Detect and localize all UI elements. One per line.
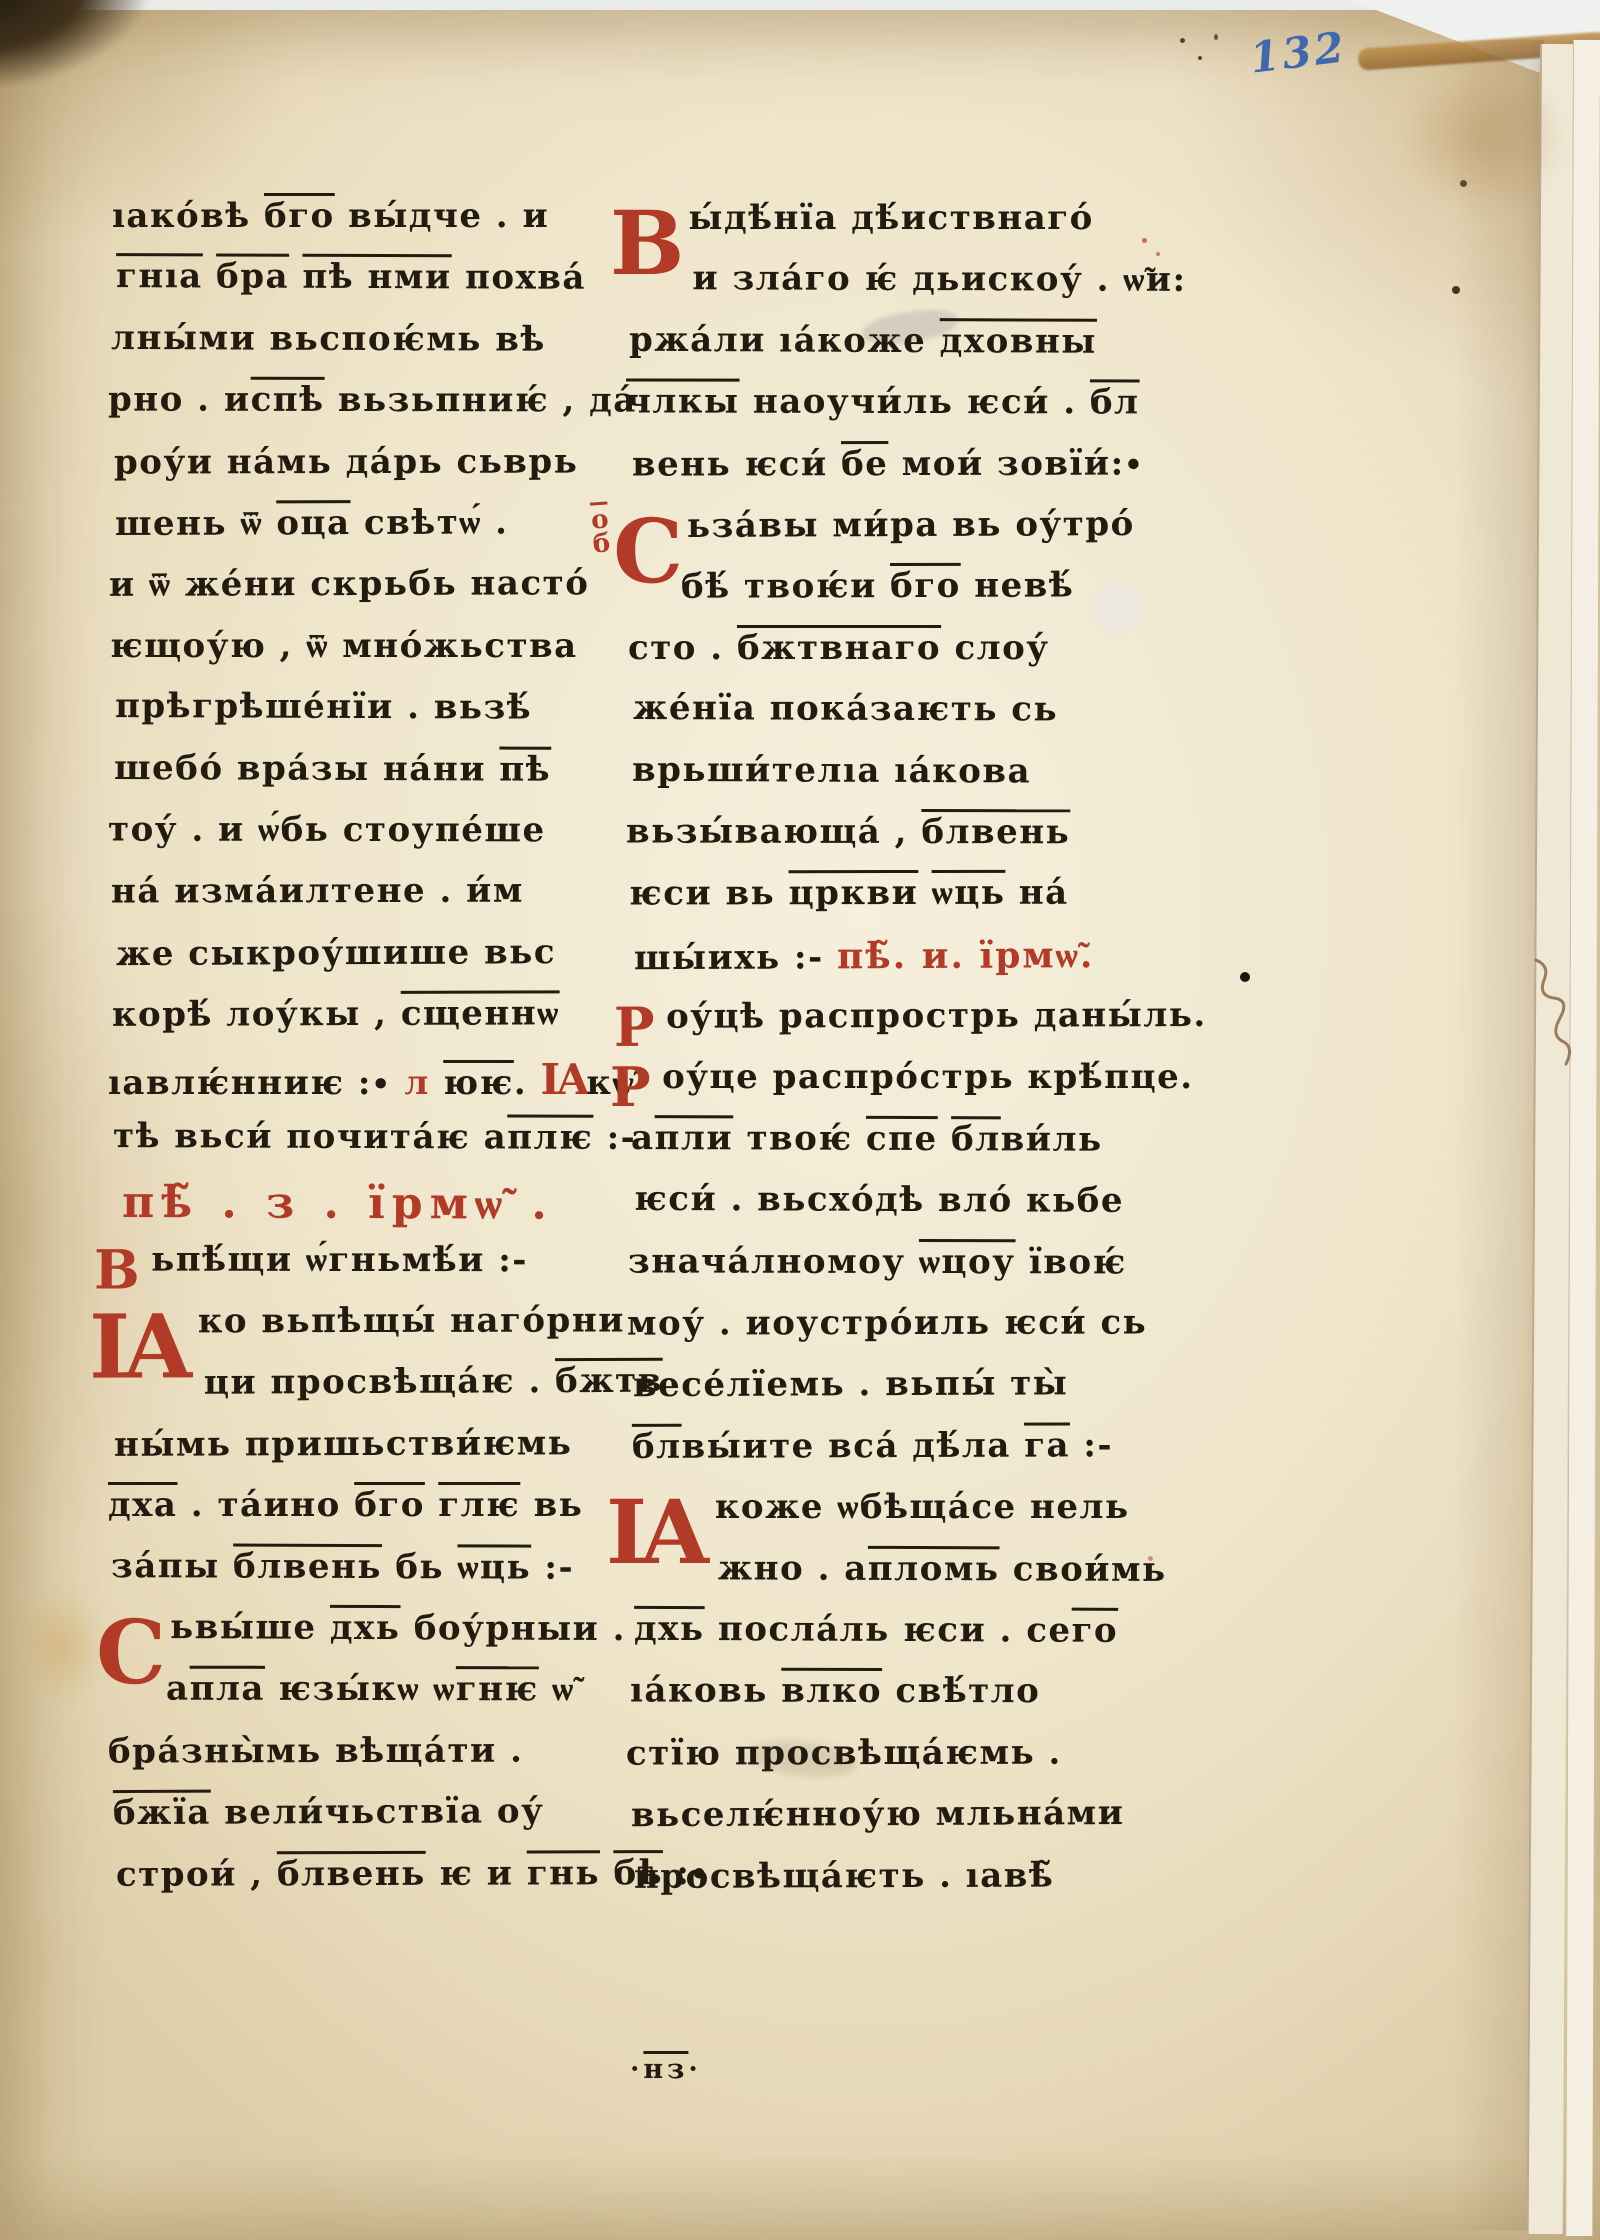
text-line: и зла́го ѥ́ дьискоу́ . ѡ̃и: <box>634 258 1194 321</box>
body-text: бжїа <box>113 1793 211 1833</box>
body-text <box>600 1853 613 1893</box>
text-line: Роу́цѣ распрострь даны́ль. <box>630 995 1190 1058</box>
text-line: рно . испѣ вьзьпниѥ́ , да́ <box>108 380 613 442</box>
text-line: бжїа вели́чьствїа оу́ <box>113 1791 618 1855</box>
body-text: оца <box>276 503 350 543</box>
body-text: ѡць <box>932 873 1006 913</box>
rubric-initial-letter: Р <box>610 1061 652 1117</box>
body-text: наоучи́ль ѥси́ . <box>739 382 1089 423</box>
body-text: блвень <box>921 812 1070 852</box>
body-text: бра́зны̀мь вѣща́ти . <box>108 1730 523 1771</box>
body-text: бе <box>841 444 888 484</box>
quire-mark: нз <box>643 2054 688 2085</box>
body-text: свѣтѡ́ . <box>351 502 509 543</box>
body-text: ѡцоу <box>919 1242 1016 1282</box>
body-text: бра <box>216 257 289 297</box>
text-line: ıавлѥ́нниѥ :∙ л юѥ. ІАкѡ̃ <box>108 1055 613 1116</box>
body-text: гнѥ <box>456 1670 539 1710</box>
body-text: вели́чьствїа оу́ <box>211 1791 545 1832</box>
body-text: сщеннѡ <box>401 993 560 1034</box>
quire-signature: ·нз· <box>630 2054 702 2085</box>
body-text: бго <box>890 566 961 606</box>
body-text: бь <box>382 1547 458 1587</box>
body-text: вьзьпниѥ́ , да́ <box>325 380 637 421</box>
body-text: пла <box>190 1669 265 1709</box>
body-text: роу́и на́мь да́рь сьврь <box>114 441 578 482</box>
body-text: свѣ́тло <box>882 1671 1040 1711</box>
body-text <box>938 1119 951 1159</box>
body-text: ıако́вѣ <box>112 196 264 236</box>
text-line: шы́ихь :- пѣ̃. и. їрмѡ̃. <box>634 933 1194 997</box>
body-text: вь <box>520 1485 583 1525</box>
body-text: моу́ . иоустро́иль ѥси́ сь <box>627 1303 1147 1344</box>
body-text: и зла́го ѥ́ дьискоу́ . ѡ̃и: <box>692 259 1186 301</box>
left-text-column: ıако́вѣ бго вы́дче . игнıа бра пѣ нми по… <box>112 196 617 1915</box>
text-line: ци просвѣща́ѥ . бжтв <box>115 1361 620 1425</box>
rubric-heading-line: пѣ̃ . з . їрмѡ̃ . <box>116 1177 621 1241</box>
text-line: Вы́дѣ́нїа дѣ́иствнаго́ <box>630 198 1190 259</box>
text-line: просвѣща́ѥть . ıавѣ̃ <box>634 1855 1194 1918</box>
text-line: тѣ вьси́ почита́ѥ аплѥ :- <box>113 1116 618 1179</box>
text-line: члкы наоучи́ль ѥси́ . бл <box>626 382 1186 444</box>
rubric-text: пѣ̃. и. їрмѡ̃. <box>837 934 1095 977</box>
rubric-initial-letter: В <box>94 1243 141 1299</box>
text-line: ІАкоже ѡбѣща́се нель <box>626 1487 1186 1548</box>
body-text: ви́ль <box>1001 1119 1103 1159</box>
body-text: ны́мь пришьстви́ѥмь <box>114 1423 573 1465</box>
body-text: бл <box>951 1119 1001 1159</box>
body-text: влко <box>781 1671 882 1711</box>
body-text: коже ѡбѣща́се нель <box>715 1487 1130 1527</box>
body-text: рно . и <box>108 380 251 420</box>
body-text: врьши́телıа ıа́кова <box>632 749 1031 791</box>
text-line: лны́ми вьспоѥ́мь вѣ <box>111 318 616 382</box>
text-line: апли твоѥ́ спе блви́ль <box>631 1118 1191 1181</box>
text-line: ны́мь пришьстви́ѥмь <box>114 1423 619 1486</box>
body-text: лны́ми вьспоѥ́мь вѣ <box>111 318 546 360</box>
body-text: сто . <box>628 628 737 668</box>
text-line: апла ѥзы́кѡ ѡгнѥ ѡ̃ <box>112 1669 617 1731</box>
body-text: гнь <box>527 1853 600 1893</box>
text-line: ѥси вь цркви ѡць на́ <box>629 873 1189 935</box>
text-line: Вьпѣ́щи ѡ́гньмѣ́и :- <box>110 1239 615 1301</box>
body-text: ѥси вь <box>629 874 789 914</box>
body-text: :- <box>1070 1425 1113 1465</box>
text-line: ржа́ли ıа́коже дховны <box>629 320 1189 384</box>
text-line: тоу́ . и ѡ́бь стоупе́ше <box>108 809 613 871</box>
speck <box>1460 180 1467 187</box>
body-text: же сыкроу́шише вьс <box>116 932 556 974</box>
body-text: невѣ́ <box>961 566 1075 606</box>
text-line: ІАко вьпѣщы́ наго́рни <box>109 1301 614 1363</box>
rubric-text: ІА <box>541 1056 587 1105</box>
body-text: же́нїа пока́заѥть сь <box>633 688 1058 729</box>
body-text: вьселѥ́нноу́ю мльна́ми <box>631 1793 1125 1835</box>
text-line: же сыкроу́шише вьс <box>116 932 621 996</box>
text-line: знача́лномоу ѡцоу ївоѥ́ <box>628 1241 1188 1303</box>
text-line: шебо́ вра́зы на́ни пѣ <box>114 747 619 811</box>
body-text: бл <box>632 1427 682 1467</box>
body-text <box>918 873 931 913</box>
body-text: и ѿ же́ни скрьбь насто́ <box>109 564 590 606</box>
body-text: вень ѥси́ <box>632 444 841 484</box>
body-text: оу́це распро́стрь крѣ́пце. <box>662 1057 1194 1097</box>
body-text: пли <box>655 1118 734 1158</box>
text-line: дха . та́ино бго глѥ вь <box>108 1485 613 1546</box>
body-text: дхь <box>634 1609 705 1649</box>
text-line: бѣ́ твоѥ́и бго невѣ́ <box>627 565 1187 628</box>
text-line: Сьза́вы ми́ра вь оу́тро́ <box>633 504 1193 568</box>
body-text: мои́ зовїи́:∙ <box>888 443 1143 483</box>
body-text: спе <box>866 1119 938 1159</box>
text-line: же́нїа пока́заѥть сь <box>633 688 1193 751</box>
body-text: оу́цѣ распрострь даны́ль. <box>666 995 1207 1037</box>
body-text: ѡць <box>457 1547 531 1587</box>
body-text: пѣ <box>499 749 551 789</box>
body-text: плѥ <box>507 1117 593 1157</box>
body-text: строи́ , <box>116 1854 277 1895</box>
text-line: ıако́вѣ бго вы́дче . и <box>112 196 617 257</box>
body-text: глѥ <box>438 1485 520 1525</box>
body-text: посла́ль ѥси . се <box>704 1609 1071 1651</box>
speck <box>1180 38 1185 43</box>
body-text: . <box>514 1063 541 1103</box>
text-line: дхь посла́ль ѥси . сего <box>634 1609 1194 1673</box>
body-text: ѥ и <box>426 1853 527 1893</box>
text-line: вьзы́вающа́ , блвень <box>626 811 1186 873</box>
text-line: шень ѿ оца свѣтѡ́ . <box>115 502 620 566</box>
text-line: врьши́телıа ıа́кова <box>632 749 1192 813</box>
rubric-initial-letter: Р <box>614 1001 656 1057</box>
body-text: на́ изма́илтене . и́м <box>111 871 524 912</box>
body-text: жно . а <box>718 1548 868 1589</box>
text-line: и ѿ же́ни скрьбь насто́ <box>109 564 614 627</box>
text-line: Роу́це распро́стрь крѣ́пце. <box>626 1057 1186 1118</box>
body-text: бѣ́ твоѥ́и <box>681 566 890 607</box>
body-text: корѣ́ лоу́кы , <box>112 994 401 1035</box>
body-text: га <box>1024 1425 1070 1465</box>
text-line: бра́зны̀мь вѣща́ти . <box>108 1730 613 1792</box>
body-text: бго <box>354 1485 425 1525</box>
text-line: сто . бжтвнаго слоу́ <box>628 628 1188 689</box>
body-text <box>289 257 302 297</box>
body-text: :- <box>531 1547 574 1587</box>
body-text: вы́дче . и <box>335 196 549 236</box>
body-text: ıа́ковь <box>630 1671 781 1711</box>
marginal-scribble <box>1506 952 1576 1072</box>
body-text: . та́ино <box>177 1485 354 1525</box>
body-text: шы́ихь :- <box>634 937 837 978</box>
right-text-column: Вы́дѣ́нїа дѣ́иствнаго́и зла́го ѥ́ дьиско… <box>630 198 1190 1917</box>
body-text: тѣ вьси́ почита́ѥ а <box>113 1116 507 1157</box>
body-text: го <box>1071 1611 1118 1651</box>
body-text: весе́лїемь . вьпы́ ты̀ <box>633 1364 1069 1406</box>
body-text: цркви <box>789 873 919 913</box>
body-text: стїю просвѣща́ѥмь . <box>626 1732 1062 1773</box>
body-text: ци просвѣща́ѥ . <box>204 1362 555 1404</box>
quire-dot: · <box>688 2054 701 2085</box>
body-text: ıавлѥ́нниѥ :∙ <box>108 1063 404 1103</box>
ink-blot <box>1240 972 1250 982</box>
quire-dot: · <box>630 2054 643 2085</box>
body-text: блвень <box>277 1853 426 1893</box>
text-line: роу́и на́мь да́рь сьврь <box>114 441 619 503</box>
body-text: ѥси́ . вьсхо́дѣ вло́ кьбе <box>634 1179 1124 1221</box>
body-text: прѣгрѣше́нїи . вьзѣ́ <box>115 686 532 727</box>
body-text: бл <box>1090 383 1140 423</box>
body-text: члкы <box>626 382 740 422</box>
body-text: бжтвнаго <box>737 628 941 668</box>
body-text: бго <box>264 196 335 236</box>
body-text: дха <box>108 1485 177 1525</box>
text-line: блвы́ите вса́ дѣ́ла га :- <box>632 1425 1192 1488</box>
text-line: моу́ . иоустро́иль ѥси́ сь <box>627 1302 1187 1365</box>
body-text: ьвы́ше <box>170 1607 330 1648</box>
body-text: блвень <box>233 1546 382 1587</box>
speck <box>1198 56 1202 60</box>
body-text: вы́ите вса́ дѣ́ла <box>682 1425 1025 1466</box>
text-line: за́пы блвень бь ѡць :- <box>111 1546 616 1609</box>
body-text: ївоѥ́ <box>1015 1242 1126 1282</box>
text-line: прѣгрѣше́нїи . вьзѣ́ <box>115 686 620 749</box>
speck <box>1214 34 1218 40</box>
body-text: ко вьпѣщы́ наго́рни <box>198 1300 625 1341</box>
body-text: ржа́ли ıа́коже <box>629 320 940 361</box>
body-text: пломь <box>868 1548 1000 1588</box>
rubric-text: л <box>404 1063 443 1103</box>
body-text: дхь <box>330 1608 401 1648</box>
text-line: вьселѥ́нноу́ю мльна́ми <box>631 1793 1191 1857</box>
body-text: на́ <box>1005 873 1068 913</box>
body-text: спѣ <box>251 380 325 420</box>
body-text: ьпѣ́щи ѡ́гньмѣ́и :- <box>151 1239 528 1280</box>
body-text: свои́мь <box>999 1549 1166 1590</box>
body-text: ѡ̃ <box>539 1670 575 1710</box>
body-text: дховны <box>940 321 1097 362</box>
text-line: вень ѥси́ бе мои́ зовїи́:∙ <box>632 443 1192 505</box>
body-text: ы́дѣ́нїа дѣ́иствнаго́ <box>688 198 1093 238</box>
body-text: ьза́вы ми́ра вь оу́тро́ <box>687 504 1135 546</box>
text-line: строи́ , блвень ѥ и гнь бѣ :∙ <box>116 1853 621 1916</box>
text-line: гнıа бра пѣ нми похва́ <box>116 257 621 320</box>
text-line: на́ изма́илтене . и́м <box>111 871 616 933</box>
body-text: вьзы́вающа́ , <box>626 811 921 852</box>
body-text: за́пы <box>111 1546 233 1586</box>
text-line: ѥщоу́ю , ѿ мно́жьства <box>110 626 615 687</box>
body-text: похва́ <box>452 258 586 298</box>
text-line: стїю просвѣща́ѥмь . <box>626 1732 1186 1795</box>
text-line: ıа́ковь влко свѣ́тло <box>630 1671 1190 1733</box>
body-text: просвѣща́ѥть . ıавѣ̃ <box>634 1855 1054 1896</box>
text-line: весе́лїемь . вьпы́ ты̀ <box>633 1363 1193 1427</box>
body-text <box>425 1485 438 1525</box>
text-line: Сьвы́ше дхь боу́рныи . <box>116 1607 621 1671</box>
body-text: боу́рныи . <box>400 1608 626 1649</box>
text-line: жно . апломь свои́мь <box>629 1548 1189 1611</box>
body-text: юѥ <box>443 1063 514 1103</box>
text-line: ѥси́ . вьсхо́дѣ вло́ кьбе <box>634 1179 1194 1243</box>
body-text: шебо́ вра́зы на́ни <box>114 747 499 789</box>
body-text: тоу́ . и ѡ́бь стоупе́ше <box>108 809 546 850</box>
speck <box>1452 286 1460 294</box>
rubric-text: пѣ̃ . з . їрмѡ̃ . <box>122 1177 554 1230</box>
body-text: пѣ нми <box>302 257 451 298</box>
body-text: а <box>166 1669 190 1709</box>
body-text: шень ѿ <box>115 503 277 544</box>
body-text <box>203 257 216 297</box>
body-text: слоу́ <box>941 628 1049 668</box>
body-text: гнıа <box>116 257 203 297</box>
body-text: ѥзы́кѡ ѡ <box>265 1669 456 1709</box>
body-text: а <box>631 1118 655 1158</box>
manuscript-photo: { "page": { "folio_number": "132", "quir… <box>0 0 1600 2240</box>
body-text: ѥщоу́ю , ѿ мно́жьства <box>110 626 578 666</box>
body-text: твоѥ́ <box>733 1118 866 1158</box>
text-line: корѣ́ лоу́кы , сщеннѡ <box>112 993 617 1056</box>
body-text: знача́лномоу <box>628 1241 919 1282</box>
